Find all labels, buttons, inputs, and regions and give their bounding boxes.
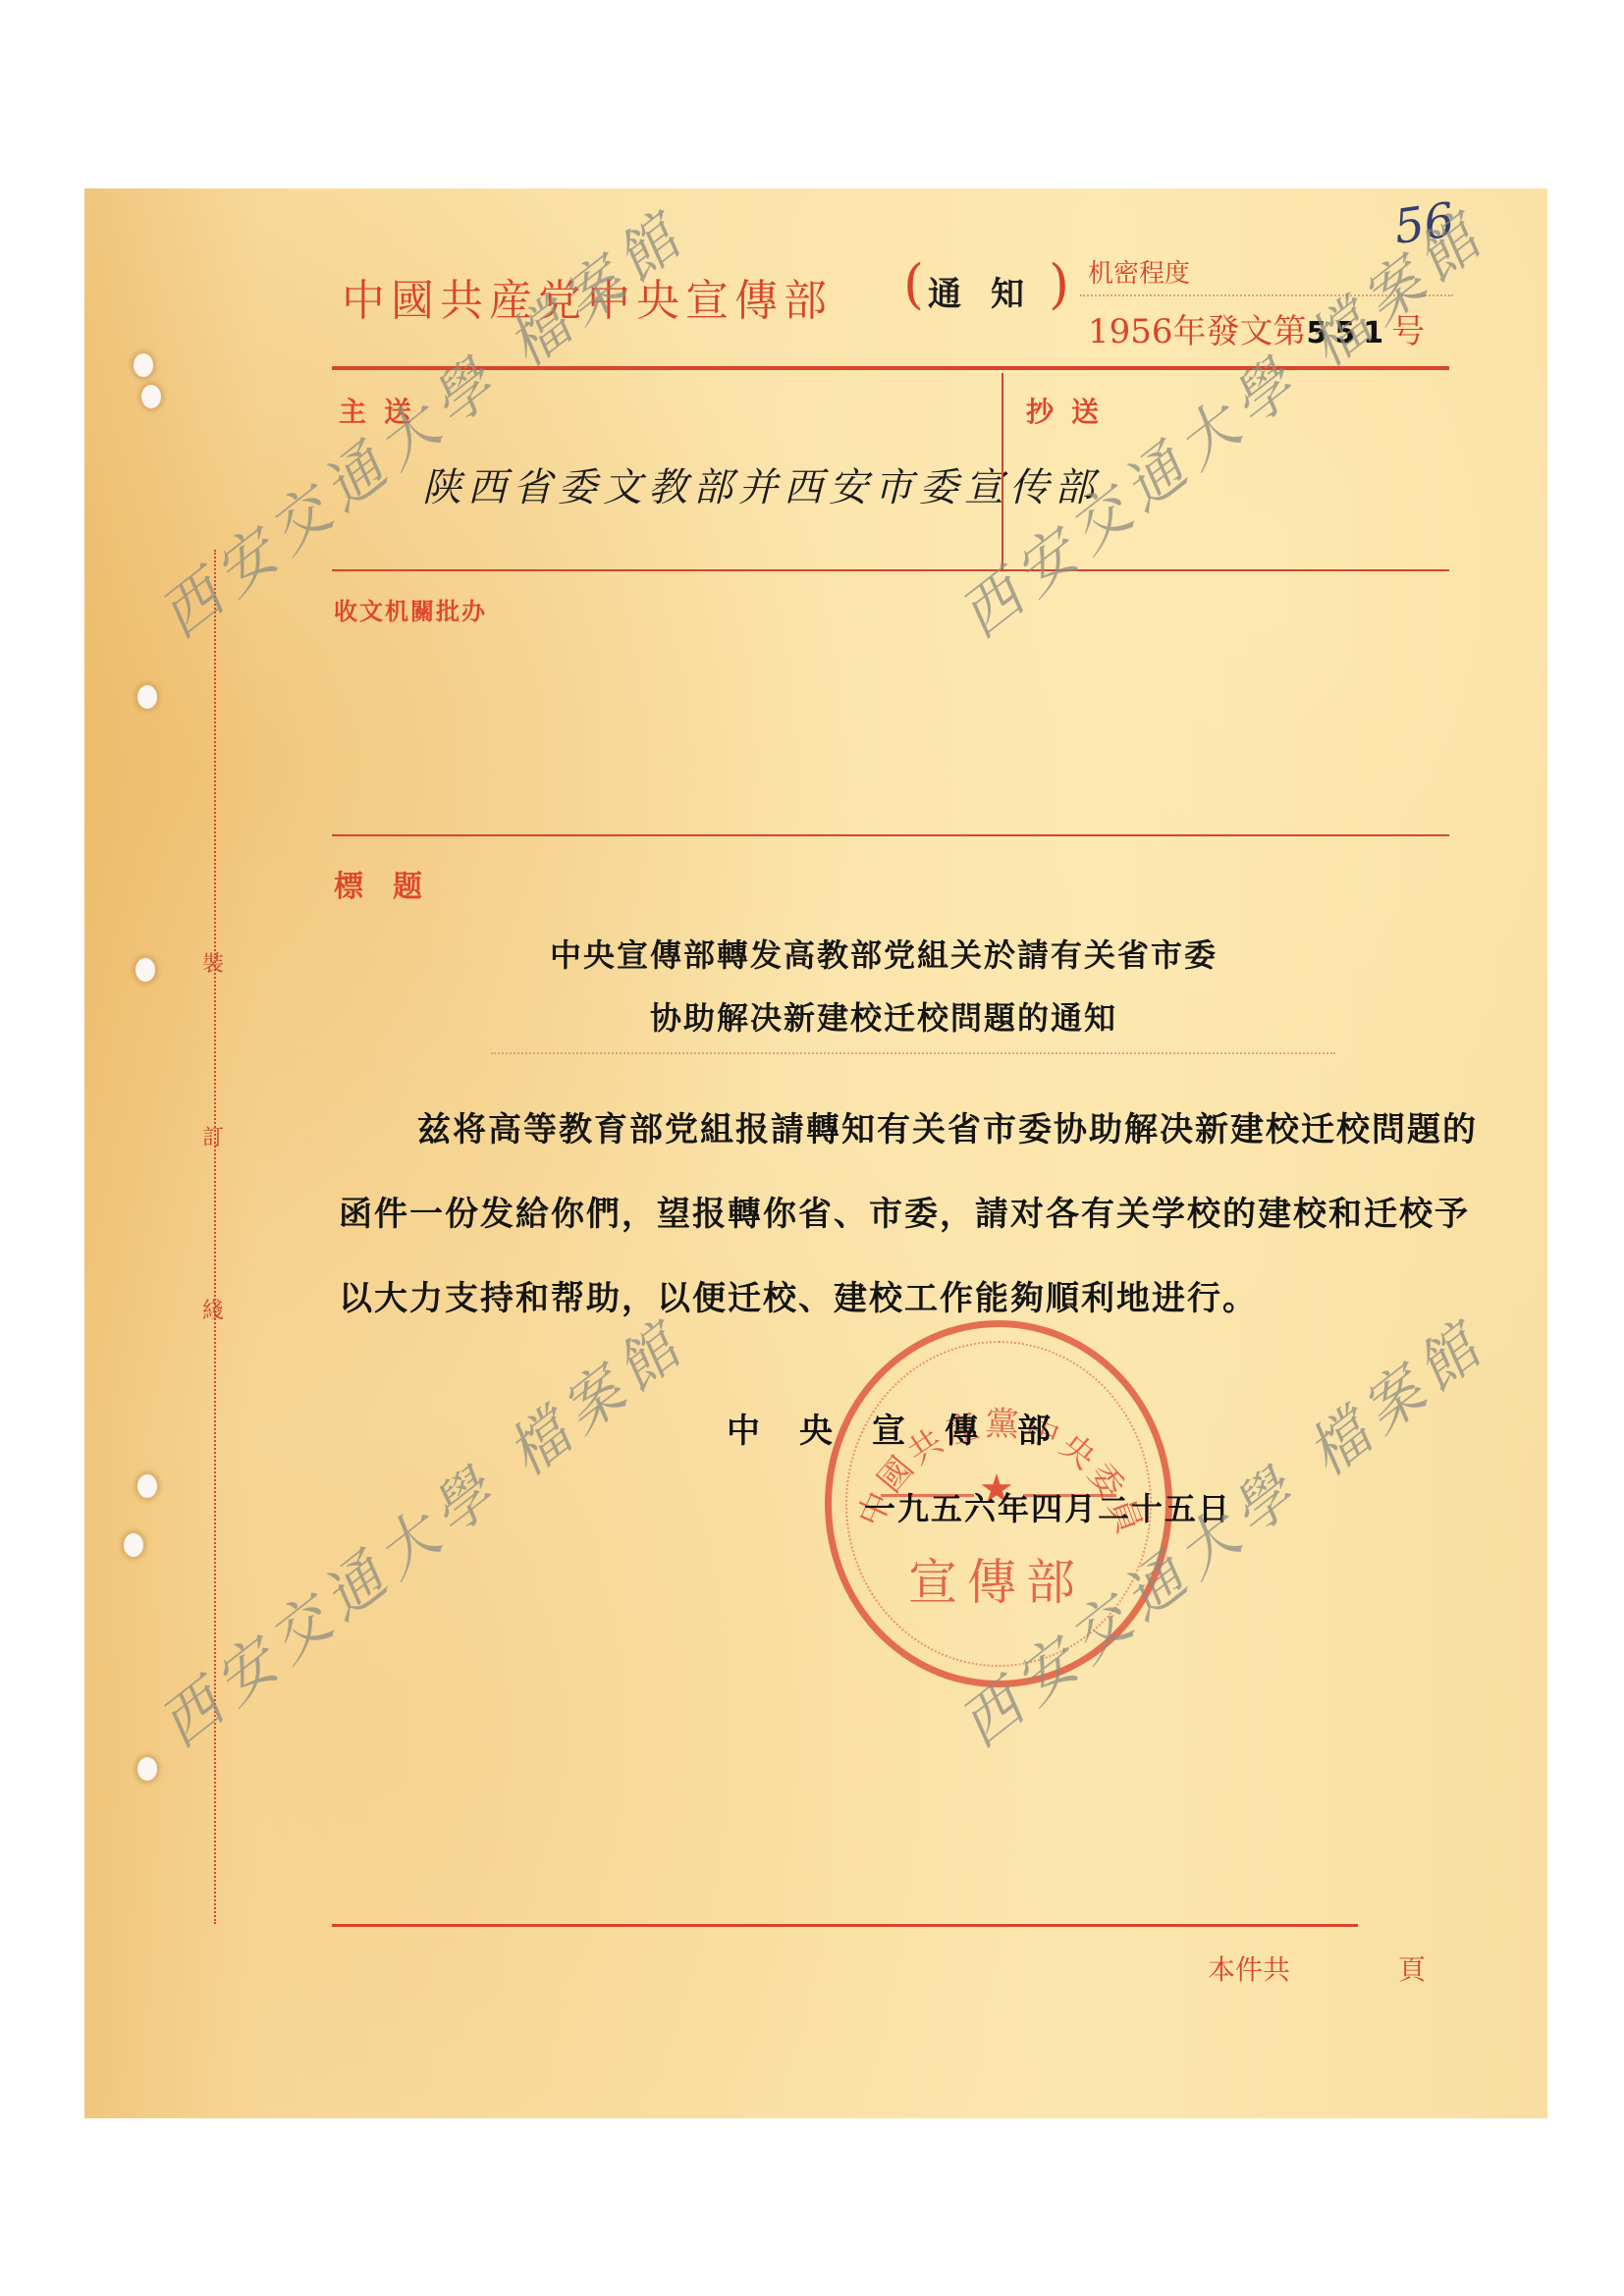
binding-char: 訂 bbox=[202, 1121, 224, 1151]
binding-char: 綫 bbox=[202, 1294, 224, 1324]
page-count-suffix: 頁 bbox=[1398, 1953, 1426, 1986]
paren-close: ) bbox=[1049, 253, 1069, 315]
receiving-office-label: 收文机關批办 bbox=[334, 592, 487, 626]
punch-hole bbox=[137, 1757, 157, 1781]
routing-rule bbox=[332, 569, 1449, 571]
paren-open: ( bbox=[903, 253, 924, 315]
binding-char: 裝 bbox=[202, 947, 224, 978]
page-count: 本件共頁 bbox=[1208, 1949, 1426, 1988]
subject-line-1: 中央宣傳部轉发高教部党組关於請有关省市委 bbox=[393, 931, 1375, 976]
doc-type: 通知 bbox=[928, 267, 1054, 315]
punch-hole bbox=[141, 385, 161, 408]
punch-hole bbox=[137, 1474, 157, 1498]
receiving-rule bbox=[332, 834, 1449, 836]
subject-label: 標题 bbox=[334, 862, 452, 905]
cc-label: 抄送 bbox=[1026, 391, 1116, 430]
main-recipient: 陕西省委文教部并西安市委宣传部 bbox=[422, 456, 1100, 512]
punch-hole bbox=[137, 685, 157, 709]
punch-hole bbox=[135, 958, 155, 982]
footer-rule bbox=[332, 1924, 1358, 1927]
issuer: 中央宣傳部 bbox=[727, 1404, 1090, 1452]
secrecy-label: 机密程度 bbox=[1088, 253, 1190, 290]
body-text: 兹将高等教育部党組报請轉知有关省市委协助解决新建校迁校問題的函件一份发給你們，望… bbox=[339, 1088, 1478, 1341]
punch-hole bbox=[124, 1533, 143, 1557]
subject-line-2: 协助解决新建校迁校問題的通知 bbox=[393, 993, 1375, 1039]
subject-divider bbox=[491, 1052, 1335, 1054]
page-count-prefix: 本件共 bbox=[1208, 1953, 1290, 1986]
punch-hole bbox=[134, 353, 153, 377]
